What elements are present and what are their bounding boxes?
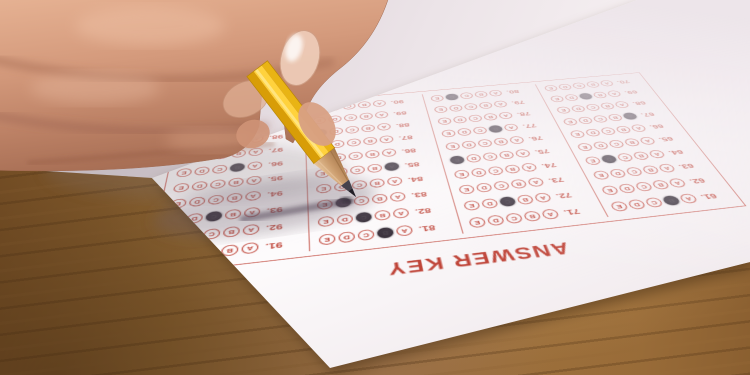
pencil-tip-contact-shadow [341, 197, 353, 203]
hand-and-pencil-layer [0, 0, 750, 375]
hand [0, 0, 392, 171]
photo-scene: ANSWER KEY 61.ABCDE62.ABCDE63.ABCDE64.AB… [0, 0, 750, 375]
knuckle-highlight [75, 6, 225, 46]
finger-highlight [30, 72, 160, 104]
